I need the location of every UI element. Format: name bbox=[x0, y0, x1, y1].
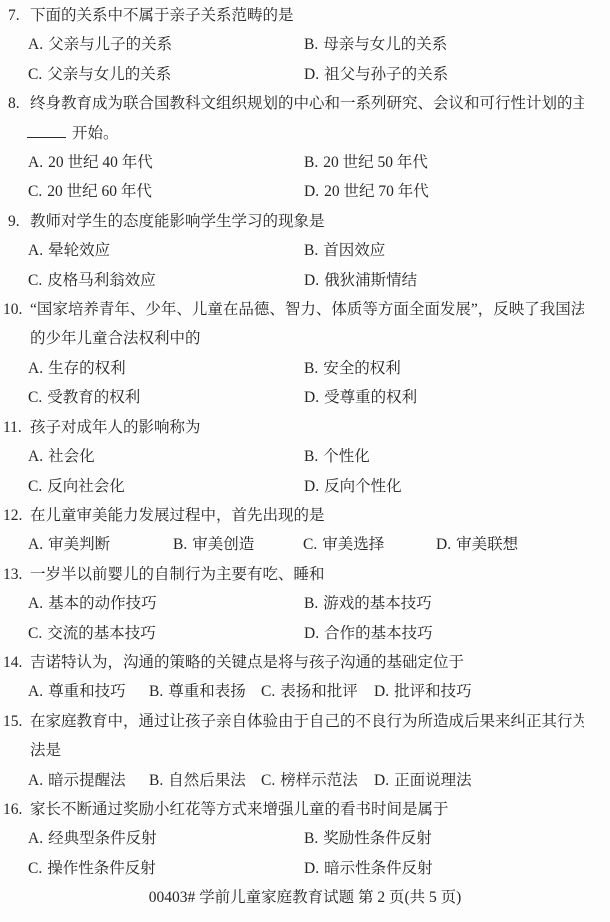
question-7-options-ab: A.父亲与儿子的关系 B.母亲与女儿的关系 bbox=[0, 30, 610, 59]
option-label: A. bbox=[28, 242, 43, 259]
option-label: B. bbox=[304, 830, 318, 847]
option-text: 首因效应 bbox=[323, 242, 385, 259]
question-text: 在家庭教育中，通过让孩子亲自体验由于自己的不良行为所造成后果来纠正其行为的方 bbox=[30, 707, 584, 736]
question-14-stem: 14. 吉诺特认为，沟通的策略的关键点是将与孩子沟通的基础定位于 bbox=[0, 648, 610, 677]
option-label: A. bbox=[28, 830, 43, 847]
option-label: A. bbox=[28, 36, 43, 53]
option-label: C. bbox=[261, 683, 275, 700]
option-text: 暗示性条件反射 bbox=[324, 860, 433, 877]
option-text: 暗示提醒法 bbox=[48, 772, 126, 789]
option-b: B.奖励性条件反射 bbox=[304, 824, 610, 853]
question-number: 13. bbox=[0, 560, 30, 589]
question-number: 8. bbox=[0, 89, 30, 118]
option-text: 受尊重的权利 bbox=[324, 389, 417, 406]
question-15-stem-continuation: 法是 bbox=[0, 736, 610, 765]
option-text: 正面说理法 bbox=[394, 772, 472, 789]
option-text: 奖励性条件反射 bbox=[323, 830, 432, 847]
option-label: A. bbox=[28, 772, 43, 789]
option-text: 俄狄浦斯情结 bbox=[324, 272, 417, 289]
option-text: 审美联想 bbox=[456, 536, 518, 553]
question-12-stem: 12. 在儿童审美能力发展过程中，首先出现的是 bbox=[0, 501, 610, 530]
question-number: 12. bbox=[0, 501, 30, 530]
option-label: D. bbox=[436, 536, 451, 553]
question-12-options: A.审美判断 B.审美创造 C.审美选择 D.审美联想 bbox=[0, 530, 610, 559]
question-7-options-cd: C.父亲与女儿的关系 D.祖父与孙子的关系 bbox=[0, 60, 610, 89]
option-text: 操作性条件反射 bbox=[47, 860, 156, 877]
option-a: A.父亲与儿子的关系 bbox=[28, 30, 304, 59]
option-a: A.基本的动作技巧 bbox=[28, 589, 304, 618]
question-11-options-ab: A.社会化 B.个性化 bbox=[0, 442, 610, 471]
question-10-options-cd: C.受教育的权利 D.受尊重的权利 bbox=[0, 383, 610, 412]
option-text: 榜样示范法 bbox=[280, 772, 358, 789]
option-text: 反向个性化 bbox=[324, 478, 402, 495]
question-13-stem: 13. 一岁半以前婴儿的自制行为主要有吃、睡和 bbox=[0, 560, 610, 589]
option-b: B.母亲与女儿的关系 bbox=[304, 30, 610, 59]
option-text: 社会化 bbox=[48, 448, 95, 465]
question-text: 开始。 bbox=[72, 125, 119, 142]
option-label: C. bbox=[28, 66, 42, 83]
option-text: 自然后果法 bbox=[168, 772, 246, 789]
question-text: 孩子对成年人的影响称为 bbox=[30, 413, 610, 442]
option-label: D. bbox=[304, 66, 319, 83]
option-text: 个性化 bbox=[323, 448, 370, 465]
option-d: D.受尊重的权利 bbox=[304, 383, 610, 412]
option-b: B.游戏的基本技巧 bbox=[304, 589, 610, 618]
option-d: D.正面说理法 bbox=[374, 766, 610, 795]
option-label: B. bbox=[304, 448, 318, 465]
option-b: B.首因效应 bbox=[304, 236, 610, 265]
option-label: D. bbox=[304, 183, 319, 200]
option-a: A.社会化 bbox=[28, 442, 304, 471]
option-c: C.20 世纪 60 年代 bbox=[28, 177, 304, 206]
option-label: B. bbox=[149, 683, 163, 700]
fill-in-blank-underline bbox=[27, 124, 66, 138]
question-10-stem: 10. “国家培养青年、少年、儿童在品德、智力、体质等方面全面发展”，反映了我国… bbox=[0, 295, 610, 324]
option-label: A. bbox=[28, 448, 43, 465]
option-text: 基本的动作技巧 bbox=[48, 595, 157, 612]
question-text: “国家培养青年、少年、儿童在品德、智力、体质等方面全面发展”，反映了我国法律所规… bbox=[30, 295, 584, 324]
option-b: B.自然后果法 bbox=[149, 766, 261, 795]
option-label: A. bbox=[28, 536, 43, 553]
option-label: C. bbox=[28, 183, 42, 200]
option-text: 尊重和表扬 bbox=[168, 683, 246, 700]
option-text: 表扬和批评 bbox=[280, 683, 358, 700]
question-15-stem: 15. 在家庭教育中，通过让孩子亲自体验由于自己的不良行为所造成后果来纠正其行为… bbox=[0, 707, 610, 736]
option-text: 20 世纪 60 年代 bbox=[47, 183, 152, 200]
question-number: 15. bbox=[0, 707, 30, 736]
option-label: C. bbox=[303, 536, 317, 553]
option-d: D.反向个性化 bbox=[304, 472, 610, 501]
question-8-stem-continuation: 开始。 bbox=[0, 119, 610, 148]
option-label: B. bbox=[149, 772, 163, 789]
option-text: 生存的权利 bbox=[48, 360, 126, 377]
question-16-options-cd: C.操作性条件反射 D.暗示性条件反射 bbox=[0, 854, 610, 883]
question-8-options-ab: A.20 世纪 40 年代 B.20 世纪 50 年代 bbox=[0, 148, 610, 177]
option-label: A. bbox=[28, 683, 43, 700]
option-text: 母亲与女儿的关系 bbox=[323, 36, 447, 53]
option-label: A. bbox=[28, 154, 43, 171]
option-text: 受教育的权利 bbox=[47, 389, 140, 406]
question-9-options-ab: A.晕轮效应 B.首因效应 bbox=[0, 236, 610, 265]
option-c: C.父亲与女儿的关系 bbox=[28, 60, 304, 89]
option-label: D. bbox=[304, 389, 319, 406]
question-text: 的少年儿童合法权利中的 bbox=[30, 330, 201, 347]
option-a: A.经典型条件反射 bbox=[28, 824, 304, 853]
option-d: D.俄狄浦斯情结 bbox=[304, 266, 610, 295]
option-label: A. bbox=[28, 360, 43, 377]
option-text: 皮格马利翁效应 bbox=[47, 272, 156, 289]
option-a: A.审美判断 bbox=[28, 530, 173, 559]
question-number: 11. bbox=[0, 413, 30, 442]
option-a: A.晕轮效应 bbox=[28, 236, 304, 265]
question-11-stem: 11. 孩子对成年人的影响称为 bbox=[0, 413, 610, 442]
option-text: 20 世纪 50 年代 bbox=[323, 154, 428, 171]
option-text: 晕轮效应 bbox=[48, 242, 110, 259]
option-text: 父亲与女儿的关系 bbox=[47, 66, 171, 83]
option-label: B. bbox=[304, 595, 318, 612]
option-label: B. bbox=[304, 154, 318, 171]
option-d: D.20 世纪 70 年代 bbox=[304, 177, 610, 206]
question-text: 终身教育成为联合国教科文组织规划的中心和一系列研究、会议和可行性计划的主题是从 bbox=[30, 89, 584, 118]
question-10-options-ab: A.生存的权利 B.安全的权利 bbox=[0, 354, 610, 383]
option-label: C. bbox=[261, 772, 275, 789]
option-b: B.审美创造 bbox=[173, 530, 303, 559]
option-d: D.祖父与孙子的关系 bbox=[304, 60, 610, 89]
option-d: D.暗示性条件反射 bbox=[304, 854, 610, 883]
option-label: C. bbox=[28, 272, 42, 289]
question-7-stem: 7. 下面的关系中不属于亲子关系范畴的是 bbox=[0, 1, 610, 30]
option-c: C.表扬和批评 bbox=[261, 677, 374, 706]
question-text: 教师对学生的态度能影响学生学习的现象是 bbox=[30, 207, 610, 236]
question-10-stem-continuation: 的少年儿童合法权利中的 bbox=[0, 324, 610, 353]
question-15-options: A.暗示提醒法 B.自然后果法 C.榜样示范法 D.正面说理法 bbox=[0, 766, 610, 795]
option-b: B.20 世纪 50 年代 bbox=[304, 148, 610, 177]
option-text: 审美判断 bbox=[48, 536, 110, 553]
question-13-options-ab: A.基本的动作技巧 B.游戏的基本技巧 bbox=[0, 589, 610, 618]
option-text: 合作的基本技巧 bbox=[324, 625, 433, 642]
option-text: 反向社会化 bbox=[47, 478, 125, 495]
exam-page: 7. 下面的关系中不属于亲子关系范畴的是 A.父亲与儿子的关系 B.母亲与女儿的… bbox=[0, 0, 610, 922]
page-footer: 00403# 学前儿童家庭教育试题 第 2 页(共 5 页) bbox=[0, 883, 610, 912]
question-13-options-cd: C.交流的基本技巧 D.合作的基本技巧 bbox=[0, 619, 610, 648]
option-label: D. bbox=[304, 272, 319, 289]
question-8-options-cd: C.20 世纪 60 年代 D.20 世纪 70 年代 bbox=[0, 177, 610, 206]
option-text: 祖父与孙子的关系 bbox=[324, 66, 448, 83]
option-label: B. bbox=[304, 360, 318, 377]
option-c: C.反向社会化 bbox=[28, 472, 304, 501]
question-number: 9. bbox=[0, 207, 30, 236]
option-text: 20 世纪 70 年代 bbox=[324, 183, 429, 200]
question-8-stem: 8. 终身教育成为联合国教科文组织规划的中心和一系列研究、会议和可行性计划的主题… bbox=[0, 89, 610, 118]
option-label: C. bbox=[28, 860, 42, 877]
option-b: B.尊重和表扬 bbox=[149, 677, 261, 706]
option-label: A. bbox=[28, 595, 43, 612]
option-text: 父亲与儿子的关系 bbox=[48, 36, 172, 53]
question-number: 7. bbox=[0, 1, 30, 30]
option-c: C.交流的基本技巧 bbox=[28, 619, 304, 648]
option-label: C. bbox=[28, 389, 42, 406]
option-b: B.个性化 bbox=[304, 442, 610, 471]
option-text: 安全的权利 bbox=[323, 360, 401, 377]
option-c: C.受教育的权利 bbox=[28, 383, 304, 412]
option-text: 尊重和技巧 bbox=[48, 683, 126, 700]
option-a: A.20 世纪 40 年代 bbox=[28, 148, 304, 177]
option-label: D. bbox=[304, 625, 319, 642]
option-text: 审美创造 bbox=[192, 536, 254, 553]
option-d: D.合作的基本技巧 bbox=[304, 619, 610, 648]
question-16-stem: 16. 家长不断通过奖励小红花等方式来增强儿童的看书时间是属于 bbox=[0, 795, 610, 824]
option-label: D. bbox=[374, 772, 389, 789]
question-number: 14. bbox=[0, 648, 30, 677]
option-text: 游戏的基本技巧 bbox=[323, 595, 432, 612]
question-text: 下面的关系中不属于亲子关系范畴的是 bbox=[30, 1, 610, 30]
question-number: 16. bbox=[0, 795, 30, 824]
option-text: 经典型条件反射 bbox=[48, 830, 157, 847]
option-label: C. bbox=[28, 625, 42, 642]
option-label: D. bbox=[374, 683, 389, 700]
question-text: 家长不断通过奖励小红花等方式来增强儿童的看书时间是属于 bbox=[30, 795, 610, 824]
question-9-options-cd: C.皮格马利翁效应 D.俄狄浦斯情结 bbox=[0, 266, 610, 295]
question-16-options-ab: A.经典型条件反射 B.奖励性条件反射 bbox=[0, 824, 610, 853]
option-c: C.操作性条件反射 bbox=[28, 854, 304, 883]
option-a: A.尊重和技巧 bbox=[28, 677, 149, 706]
question-9-stem: 9. 教师对学生的态度能影响学生学习的现象是 bbox=[0, 207, 610, 236]
option-label: B. bbox=[173, 536, 187, 553]
option-label: D. bbox=[304, 478, 319, 495]
option-label: C. bbox=[28, 478, 42, 495]
option-b: B.安全的权利 bbox=[304, 354, 610, 383]
option-c: C.榜样示范法 bbox=[261, 766, 374, 795]
question-text: 法是 bbox=[30, 742, 61, 759]
option-text: 批评和技巧 bbox=[394, 683, 472, 700]
option-a: A.生存的权利 bbox=[28, 354, 304, 383]
option-a: A.暗示提醒法 bbox=[28, 766, 149, 795]
option-label: B. bbox=[304, 242, 318, 259]
question-text: 吉诺特认为，沟通的策略的关键点是将与孩子沟通的基础定位于 bbox=[30, 648, 610, 677]
question-14-options: A.尊重和技巧 B.尊重和表扬 C.表扬和批评 D.批评和技巧 bbox=[0, 677, 610, 706]
option-c: C.皮格马利翁效应 bbox=[28, 266, 304, 295]
option-text: 审美选择 bbox=[322, 536, 384, 553]
option-label: D. bbox=[304, 860, 319, 877]
question-11-options-cd: C.反向社会化 D.反向个性化 bbox=[0, 472, 610, 501]
question-number: 10. bbox=[0, 295, 30, 324]
question-text: 一岁半以前婴儿的自制行为主要有吃、睡和 bbox=[30, 560, 610, 589]
option-d: D.批评和技巧 bbox=[374, 677, 610, 706]
option-label: B. bbox=[304, 36, 318, 53]
option-text: 20 世纪 40 年代 bbox=[48, 154, 153, 171]
option-c: C.审美选择 bbox=[303, 530, 436, 559]
question-text: 在儿童审美能力发展过程中，首先出现的是 bbox=[30, 501, 610, 530]
option-d: D.审美联想 bbox=[436, 530, 610, 559]
option-text: 交流的基本技巧 bbox=[47, 625, 156, 642]
